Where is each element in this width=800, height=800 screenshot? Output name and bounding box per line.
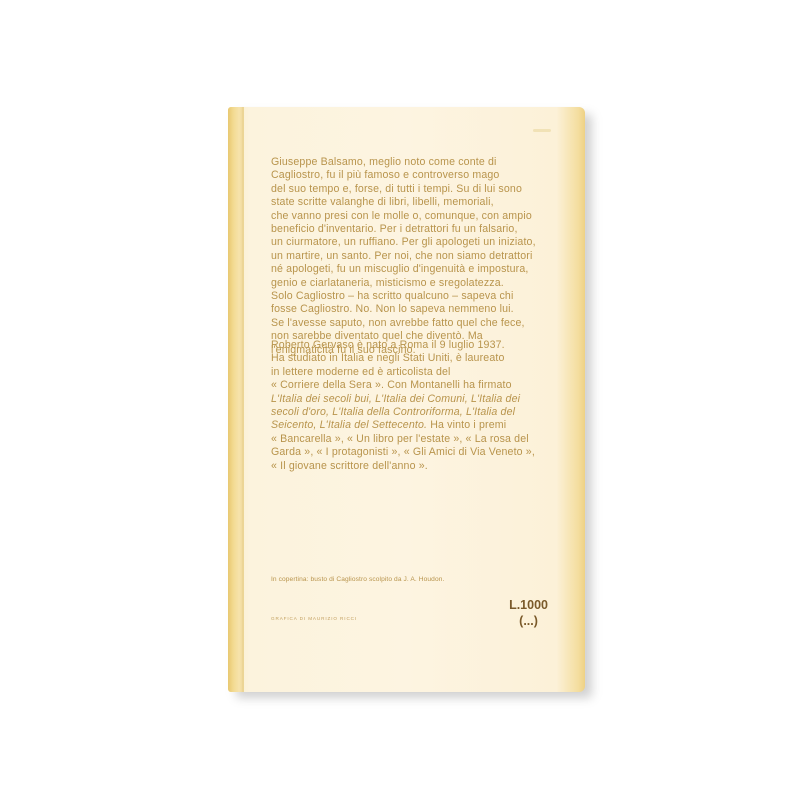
design-credit: Grafica di Maurizio Ricci <box>271 616 357 621</box>
bio-line: « Bancarella », « Un libro per l'estate … <box>271 433 571 446</box>
price-note: (...) <box>509 613 548 629</box>
bio-line: in lettere moderne ed è articolista del <box>271 366 571 379</box>
blurb-line: genio e ciarlataneria, misticismo e sreg… <box>271 277 571 290</box>
blurb-line: Giuseppe Balsamo, meglio noto come conte… <box>271 156 571 169</box>
blurb-line: Se l'avesse saputo, non avrebbe fatto qu… <box>271 317 571 330</box>
blurb-paragraph: Giuseppe Balsamo, meglio noto come conte… <box>271 156 571 357</box>
bio-line: Ha studiato in Italia e negli Stati Unit… <box>271 352 571 365</box>
bio-line-titles: secoli d'oro, L'Italia della Controrifor… <box>271 406 571 419</box>
blurb-line: che vanno presi con le molle o, comunque… <box>271 210 571 223</box>
blurb-line: state scritte valanghe di libri, libelli… <box>271 196 571 209</box>
author-bio-paragraph: Roberto Gervaso è nato a Roma il 9 lugli… <box>271 339 571 473</box>
bio-line-titles: L'Italia dei secoli bui, L'Italia dei Co… <box>271 393 571 406</box>
blurb-line: un martire, un santo. Per noi, che non s… <box>271 250 571 263</box>
spine-edge <box>242 107 244 692</box>
book-spine <box>228 107 242 692</box>
bio-line: « Corriere della Sera ». Con Montanelli … <box>271 379 571 392</box>
bio-titles-end: Seicento, L'Italia del Settecento. <box>271 419 427 431</box>
blurb-line: Cagliostro, fu il più famoso e controver… <box>271 169 571 182</box>
blurb-line: fosse Cagliostro. No. Non lo sapeva nemm… <box>271 303 571 316</box>
bio-line: « Il giovane scrittore dell'anno ». <box>271 460 571 473</box>
blurb-line: beneficio d'inventario. Per i detrattori… <box>271 223 571 236</box>
cover-caption: In copertina: busto di Cagliostro scolpi… <box>271 576 444 583</box>
bio-line: Garda », « I protagonisti », « Gli Amici… <box>271 446 571 459</box>
pencil-mark <box>533 129 551 132</box>
price-label: L.1000 <box>509 597 548 613</box>
price-block: L.1000 (...) <box>509 597 548 629</box>
blurb-line: Solo Cagliostro – ha scritto qualcuno – … <box>271 290 571 303</box>
blurb-line: né apologeti, fu un miscuglio d'ingenuit… <box>271 263 571 276</box>
bio-awards-intro: Ha vinto i premi <box>427 419 506 431</box>
bio-line: Roberto Gervaso è nato a Roma il 9 lugli… <box>271 339 571 352</box>
blurb-line: un ciurmatore, un ruffiano. Per gli apol… <box>271 236 571 249</box>
bio-line-mixed: Seicento, L'Italia del Settecento. Ha vi… <box>271 419 571 432</box>
blurb-line: del suo tempo e, forse, di tutti i tempi… <box>271 183 571 196</box>
book-back-cover: Giuseppe Balsamo, meglio noto come conte… <box>228 107 585 692</box>
